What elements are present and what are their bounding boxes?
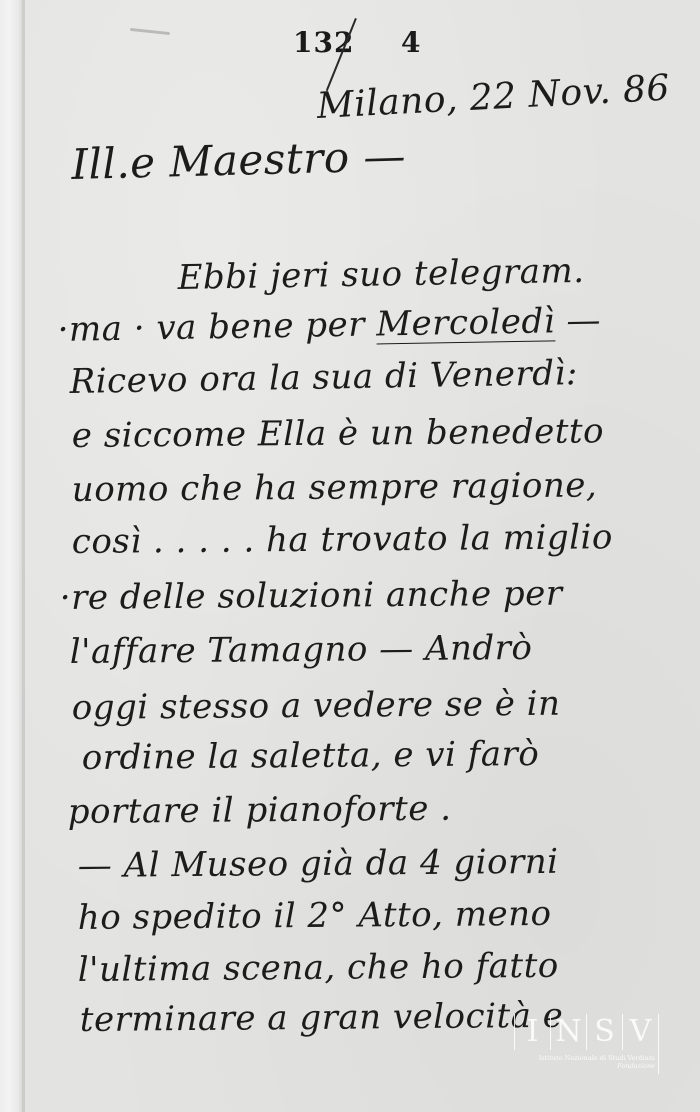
insv-watermark: I N S V Istituto Nazionale di Studi Verd… bbox=[514, 1014, 659, 1074]
watermark-letters: I N S V bbox=[514, 1014, 659, 1050]
body-line: uomo che ha sempre ragione, bbox=[72, 465, 598, 510]
underlined-day: Mercoledì bbox=[376, 301, 556, 344]
body-line: oggi stesso a vedere se è in bbox=[72, 684, 561, 728]
body-line: ·re delle soluzioni anche per bbox=[60, 574, 563, 618]
pencil-mark bbox=[130, 28, 170, 35]
watermark-rule bbox=[658, 1050, 659, 1074]
watermark-letter: N bbox=[550, 1014, 586, 1050]
archive-subnumber: 4 bbox=[401, 26, 421, 59]
body-line: l'ultima scena, che ho fatto bbox=[78, 946, 559, 990]
body-line-part: — bbox=[555, 301, 602, 342]
watermark-letter: S bbox=[586, 1014, 622, 1050]
dateline: Milano, 22 Nov. 86 bbox=[316, 68, 671, 127]
body-line: e siccome Ella è un benedetto bbox=[72, 411, 605, 456]
body-line: Ebbi jeri suo telegram. bbox=[177, 251, 585, 298]
letter-page: 132 4 Milano, 22 Nov. 86 Ill.e Maestro —… bbox=[0, 0, 700, 1112]
page-left-margin-strip bbox=[0, 0, 22, 1112]
salutation: Ill.e Maestro — bbox=[71, 131, 407, 189]
body-line: così . . . . . ha trovato la miglio bbox=[72, 517, 613, 562]
watermark-letter: I bbox=[514, 1014, 550, 1050]
watermark-foundation: Fondazione bbox=[514, 1062, 659, 1070]
body-line: l'affare Tamagno — Andrò bbox=[70, 628, 533, 672]
body-line: — Al Museo già da 4 giorni bbox=[78, 842, 559, 886]
body-line: terminare a gran velocità e bbox=[80, 996, 564, 1040]
watermark-letter: V bbox=[622, 1014, 658, 1050]
watermark-institute-name: Istituto Nazionale di Studi Verdiani bbox=[514, 1054, 659, 1062]
body-line: Ricevo ora la sua di Venerdì: bbox=[69, 353, 578, 402]
page-edge-shadow bbox=[22, 0, 25, 1112]
body-line-part: ·ma · va bene per bbox=[57, 304, 376, 350]
body-line: ho spedito il 2° Atto, meno bbox=[78, 894, 552, 938]
body-line: ordine la saletta, e vi farò bbox=[82, 734, 540, 778]
body-line: portare il pianoforte . bbox=[68, 789, 452, 832]
body-line: ·ma · va bene per Mercoledì — bbox=[57, 301, 601, 350]
